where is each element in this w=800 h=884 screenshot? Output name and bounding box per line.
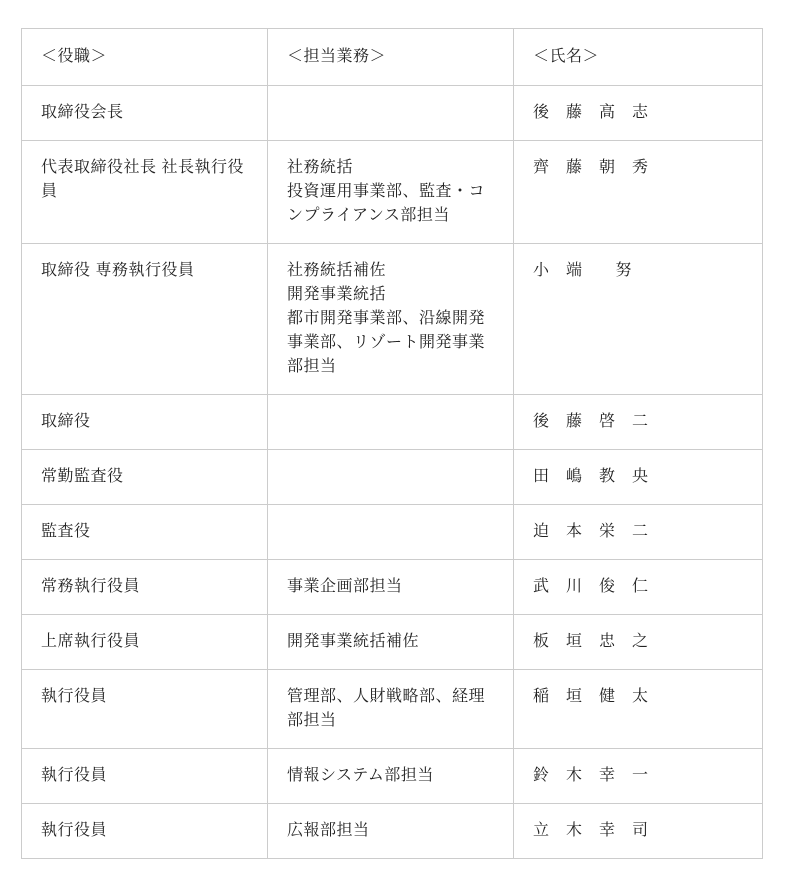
table-row: 代表取締役社長 社長執行役員 社務統括 投資運用事業部、監査・コンプライアンス部… xyxy=(22,141,763,244)
name-cell: 後 藤 啓 二 xyxy=(514,395,763,450)
position-cell: 取締役会長 xyxy=(22,86,268,141)
table-row: 執行役員 情報システム部担当 鈴 木 幸 一 xyxy=(22,749,763,804)
duties-cell xyxy=(268,450,514,505)
duties-cell: 広報部担当 xyxy=(268,804,514,859)
duties-cell: 開発事業統括補佐 xyxy=(268,615,514,670)
duties-cell xyxy=(268,395,514,450)
position-cell: 取締役 専務執行役員 xyxy=(22,244,268,395)
duties-cell: 管理部、人財戦略部、経理部担当 xyxy=(268,670,514,749)
name-cell: 小 端 努 xyxy=(514,244,763,395)
position-cell: 常務執行役員 xyxy=(22,560,268,615)
name-cell: 鈴 木 幸 一 xyxy=(514,749,763,804)
table-row: 常勤監査役 田 嶋 教 央 xyxy=(22,450,763,505)
duties-cell xyxy=(268,505,514,560)
position-cell: 取締役 xyxy=(22,395,268,450)
position-cell: 常勤監査役 xyxy=(22,450,268,505)
table-row: 取締役 専務執行役員 社務統括補佐 開発事業統括 都市開発事業部、沿線開発事業部… xyxy=(22,244,763,395)
header-row: ＜役職＞ ＜担当業務＞ ＜氏名＞ xyxy=(22,29,763,86)
name-cell: 立 木 幸 司 xyxy=(514,804,763,859)
duties-cell xyxy=(268,86,514,141)
position-cell: 執行役員 xyxy=(22,804,268,859)
officers-table: ＜役職＞ ＜担当業務＞ ＜氏名＞ 取締役会長 後 藤 高 志 代表取締役社長 社… xyxy=(21,28,763,859)
name-cell: 板 垣 忠 之 xyxy=(514,615,763,670)
name-column-header: ＜氏名＞ xyxy=(514,29,763,86)
table-row: 執行役員 広報部担当 立 木 幸 司 xyxy=(22,804,763,859)
position-cell: 監査役 xyxy=(22,505,268,560)
table-row: 常務執行役員 事業企画部担当 武 川 俊 仁 xyxy=(22,560,763,615)
duties-column-header: ＜担当業務＞ xyxy=(268,29,514,86)
table-row: 執行役員 管理部、人財戦略部、経理部担当 稲 垣 健 太 xyxy=(22,670,763,749)
name-cell: 後 藤 高 志 xyxy=(514,86,763,141)
duties-cell: 事業企画部担当 xyxy=(268,560,514,615)
position-cell: 執行役員 xyxy=(22,749,268,804)
table-row: 取締役会長 後 藤 高 志 xyxy=(22,86,763,141)
table-row: 監査役 迫 本 栄 二 xyxy=(22,505,763,560)
page: ＜役職＞ ＜担当業務＞ ＜氏名＞ 取締役会長 後 藤 高 志 代表取締役社長 社… xyxy=(0,0,800,884)
position-cell: 代表取締役社長 社長執行役員 xyxy=(22,141,268,244)
name-cell: 稲 垣 健 太 xyxy=(514,670,763,749)
name-cell: 武 川 俊 仁 xyxy=(514,560,763,615)
position-cell: 上席執行役員 xyxy=(22,615,268,670)
duties-cell: 社務統括補佐 開発事業統括 都市開発事業部、沿線開発事業部、リゾート開発事業部担… xyxy=(268,244,514,395)
name-cell: 迫 本 栄 二 xyxy=(514,505,763,560)
table-row: 取締役 後 藤 啓 二 xyxy=(22,395,763,450)
duties-cell: 情報システム部担当 xyxy=(268,749,514,804)
table-row: 上席執行役員 開発事業統括補佐 板 垣 忠 之 xyxy=(22,615,763,670)
duties-cell: 社務統括 投資運用事業部、監査・コンプライアンス部担当 xyxy=(268,141,514,244)
name-cell: 田 嶋 教 央 xyxy=(514,450,763,505)
name-cell: 齊 藤 朝 秀 xyxy=(514,141,763,244)
position-column-header: ＜役職＞ xyxy=(22,29,268,86)
position-cell: 執行役員 xyxy=(22,670,268,749)
